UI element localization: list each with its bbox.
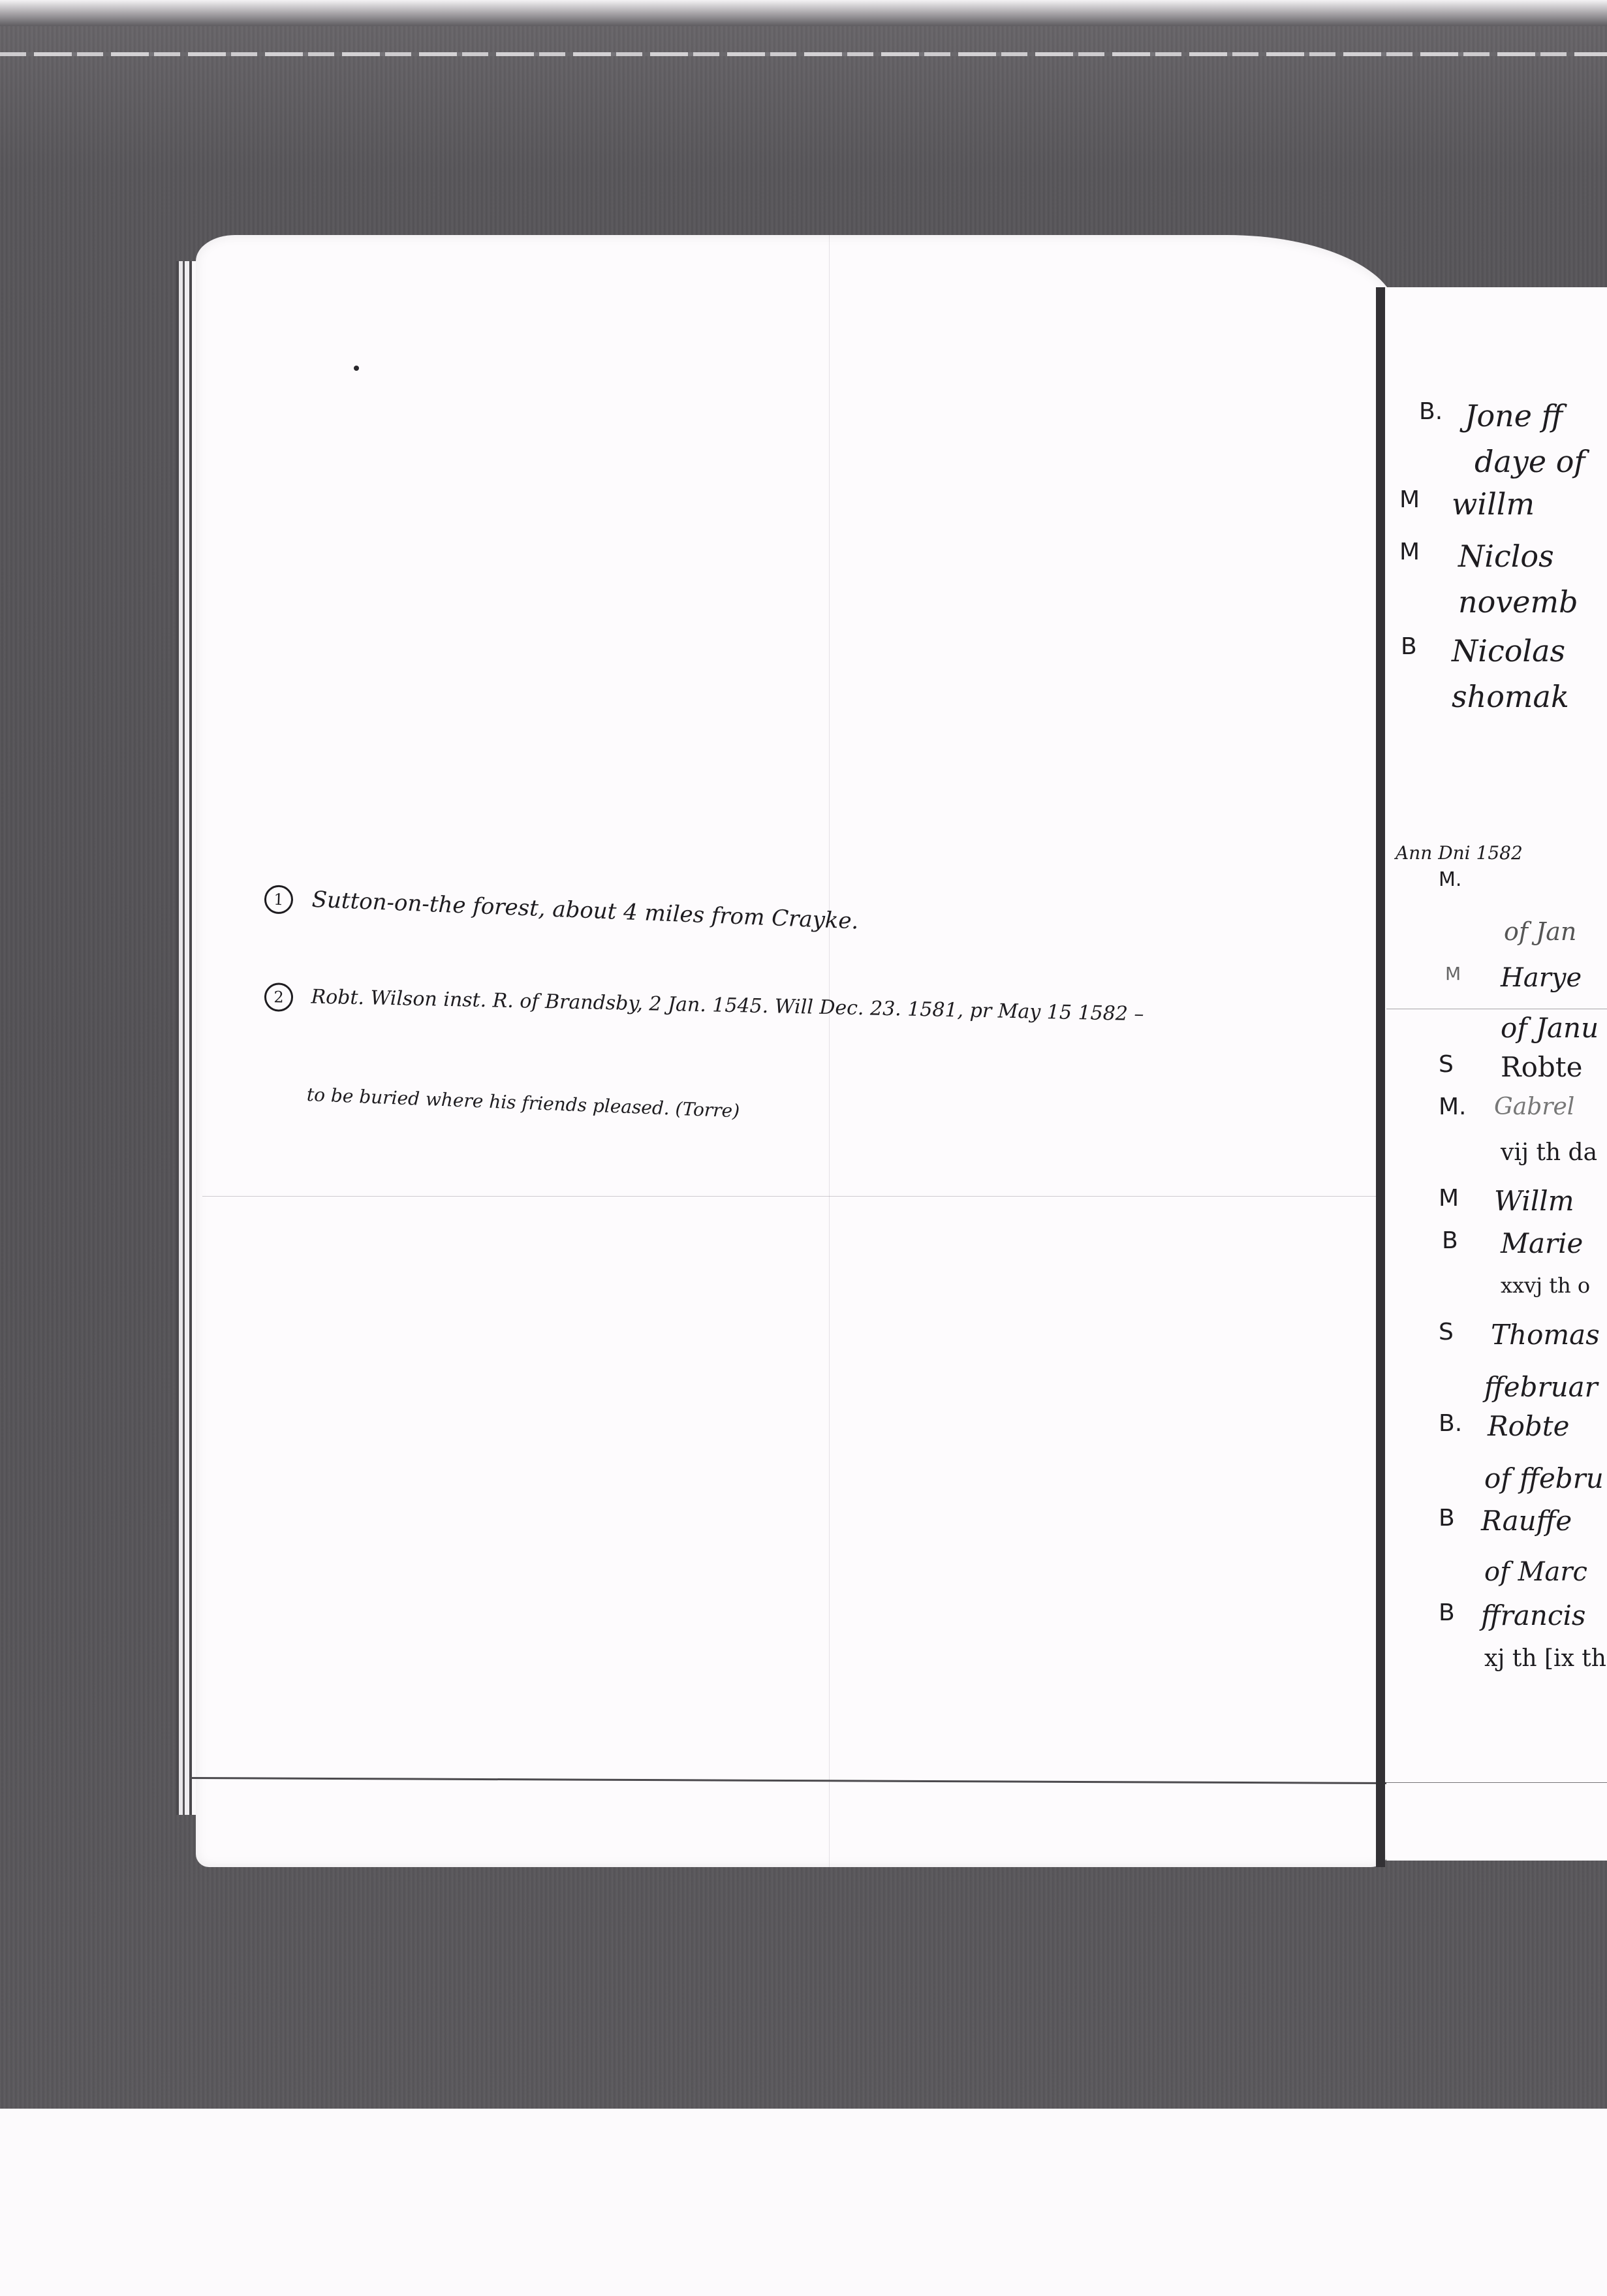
entry-text: of Jan (1504, 917, 1576, 946)
entry-text: Niclos (1458, 539, 1554, 574)
footnote-number: 2 (264, 983, 294, 1012)
register-entry: B Marie (1386, 1227, 1607, 1273)
entry-text: Jone ff (1465, 398, 1563, 433)
entry-text: xxvj th o (1501, 1273, 1590, 1298)
ruled-line (1386, 1009, 1607, 1009)
entry-text: ffrancis (1481, 1599, 1585, 1631)
entry-text: shomak (1452, 679, 1569, 714)
entry-text: vij th da (1501, 1139, 1597, 1166)
register-entry: M. Gabrel (1386, 1093, 1607, 1139)
book-page-edges (176, 261, 196, 1815)
register-entry: S Robte (1386, 1051, 1607, 1097)
register-entry: M Niclos (1386, 539, 1607, 584)
ink-dot (354, 366, 359, 371)
entry-text: Robte (1488, 1410, 1570, 1442)
register-entry: S Thomas (1386, 1319, 1607, 1364)
entry-code: B (1442, 1227, 1458, 1254)
entry-code: M (1399, 486, 1420, 513)
register-entry: xj th [ix th (1386, 1645, 1607, 1691)
entry-text: daye of (1474, 444, 1585, 479)
ruled-line (1386, 1782, 1607, 1783)
register-entry: M Willm (1386, 1185, 1607, 1231)
register-entry: B. Jone ff (1386, 398, 1607, 444)
register-entry: B Nicolas (1386, 633, 1607, 679)
ruled-line (202, 1196, 1377, 1197)
entry-text: Marie (1501, 1227, 1583, 1259)
register-entry: of Jan (1386, 917, 1607, 963)
footnote-number: 1 (264, 885, 294, 915)
register-entry: B ffrancis (1386, 1599, 1607, 1645)
entry-text: of ffebru (1484, 1462, 1604, 1494)
left-page (196, 235, 1397, 1867)
register-entry: of Marc (1386, 1557, 1607, 1603)
entry-code: B. (1439, 1410, 1462, 1437)
entry-code: B (1401, 633, 1417, 660)
entry-code: S (1439, 1051, 1454, 1078)
entry-text: of Marc (1484, 1557, 1587, 1587)
register-entry: B Rauffe (1386, 1505, 1607, 1550)
entry-text: Harye (1501, 963, 1582, 993)
entry-code: M. (1439, 868, 1461, 891)
entry-text: Gabrel (1494, 1093, 1574, 1120)
register-year-heading: Ann Dni 1582 (1396, 842, 1523, 864)
register-entry: M Harye (1386, 963, 1607, 1009)
entry-code: B (1439, 1505, 1455, 1532)
entry-text: xj th [ix th (1484, 1645, 1606, 1672)
entry-text: Nicolas (1452, 633, 1565, 668)
register-entry: novemb (1386, 584, 1607, 630)
entry-text: Willm (1494, 1185, 1574, 1217)
entry-text: willm (1452, 486, 1535, 522)
register-entry: vij th da (1386, 1139, 1607, 1185)
register-entry: M willm (1386, 486, 1607, 532)
entry-text: of Janu (1501, 1012, 1599, 1044)
entry-code: S (1439, 1319, 1454, 1345)
register-entry: xxvj th o (1386, 1273, 1607, 1319)
scan-bottom-margin (0, 2109, 1607, 2296)
entry-code: B. (1419, 398, 1443, 425)
scan-streak-line (0, 52, 1607, 56)
entry-code: M (1439, 1185, 1459, 1212)
register-entry: B. Robte (1386, 1410, 1607, 1456)
register-entry: daye of (1386, 444, 1607, 490)
entry-text: Thomas (1491, 1319, 1600, 1351)
entry-code: B (1439, 1599, 1455, 1626)
entry-text: novemb (1458, 584, 1578, 620)
entry-code: M (1399, 539, 1420, 565)
entry-text: ffebruar (1484, 1371, 1598, 1403)
scan-top-edge (0, 0, 1607, 26)
entry-code: M (1445, 963, 1461, 984)
entry-text: Rauffe (1481, 1505, 1572, 1537)
entry-text: Robte (1501, 1051, 1583, 1083)
register-entry: shomak (1386, 679, 1607, 725)
book-gutter (1376, 287, 1385, 1867)
register-entry: M. (1386, 868, 1607, 914)
page-fold-line (829, 235, 830, 1867)
right-page-register: B. Jone ff daye of M willm M Niclos nove… (1386, 287, 1607, 1861)
entry-code: M. (1439, 1093, 1467, 1120)
register-entry: of ffebru (1386, 1462, 1607, 1508)
